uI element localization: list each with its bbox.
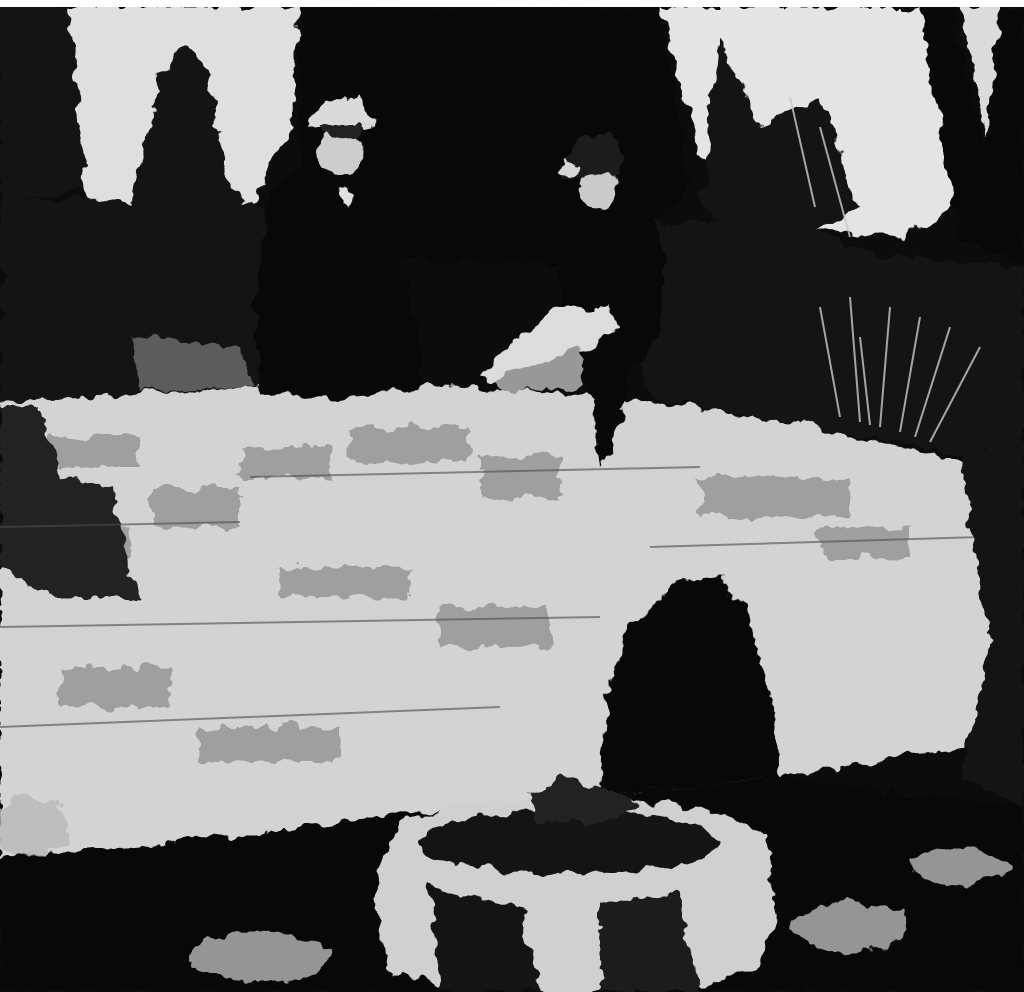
- historical-photograph: [0, 7, 1024, 992]
